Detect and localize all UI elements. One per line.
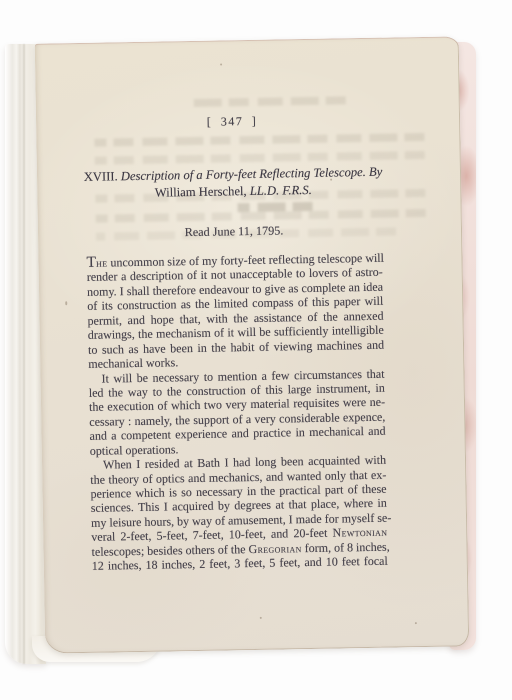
text-segment: Gregorian — [248, 541, 301, 556]
text-segment: form, of 8 inches, — [302, 539, 390, 555]
book-photograph: [ 347 ] XVIII. Description of a Forty-fe… — [0, 0, 512, 700]
paragraph-3: When I resided at Bath I had long been a… — [90, 453, 388, 574]
paper-speck — [220, 63, 222, 65]
bleedthrough-line — [95, 151, 425, 165]
bleedthrough-line — [94, 133, 424, 147]
text-segment: XVIII. — [84, 169, 121, 184]
text-segment: Newtonian — [332, 525, 387, 540]
text-segment: William Herschel, — [155, 184, 250, 200]
text-segment: optical operations. — [90, 442, 179, 458]
text-segment: LL.D. F.R.S. — [250, 183, 312, 198]
bleedthrough-line — [186, 96, 346, 107]
page-number: [ 347 ] — [84, 112, 380, 132]
book-page: [ 347 ] XVIII. Description of a Forty-fe… — [35, 36, 470, 653]
read-date-line: Read June 11, 1795. — [86, 222, 382, 242]
text-segment: Description of a Forty-feet Reflecting T… — [121, 165, 369, 183]
article-body: The uncommon size of my forty-feet refle… — [86, 251, 387, 574]
paper-speck — [415, 622, 417, 624]
bleedthrough-line — [96, 209, 426, 223]
paper-speck — [260, 617, 262, 619]
paper-speck — [65, 301, 67, 305]
article-heading: XVIII. Description of a Forty-feet Refle… — [77, 164, 390, 203]
paragraph-1: The uncommon size of my forty-feet refle… — [86, 251, 384, 372]
text-segment: mechanical works. — [88, 355, 178, 371]
text-segment: he — [96, 256, 108, 270]
text-segment: By — [369, 165, 383, 179]
paragraph-2: It will be necessary to mention a few ci… — [88, 366, 385, 458]
